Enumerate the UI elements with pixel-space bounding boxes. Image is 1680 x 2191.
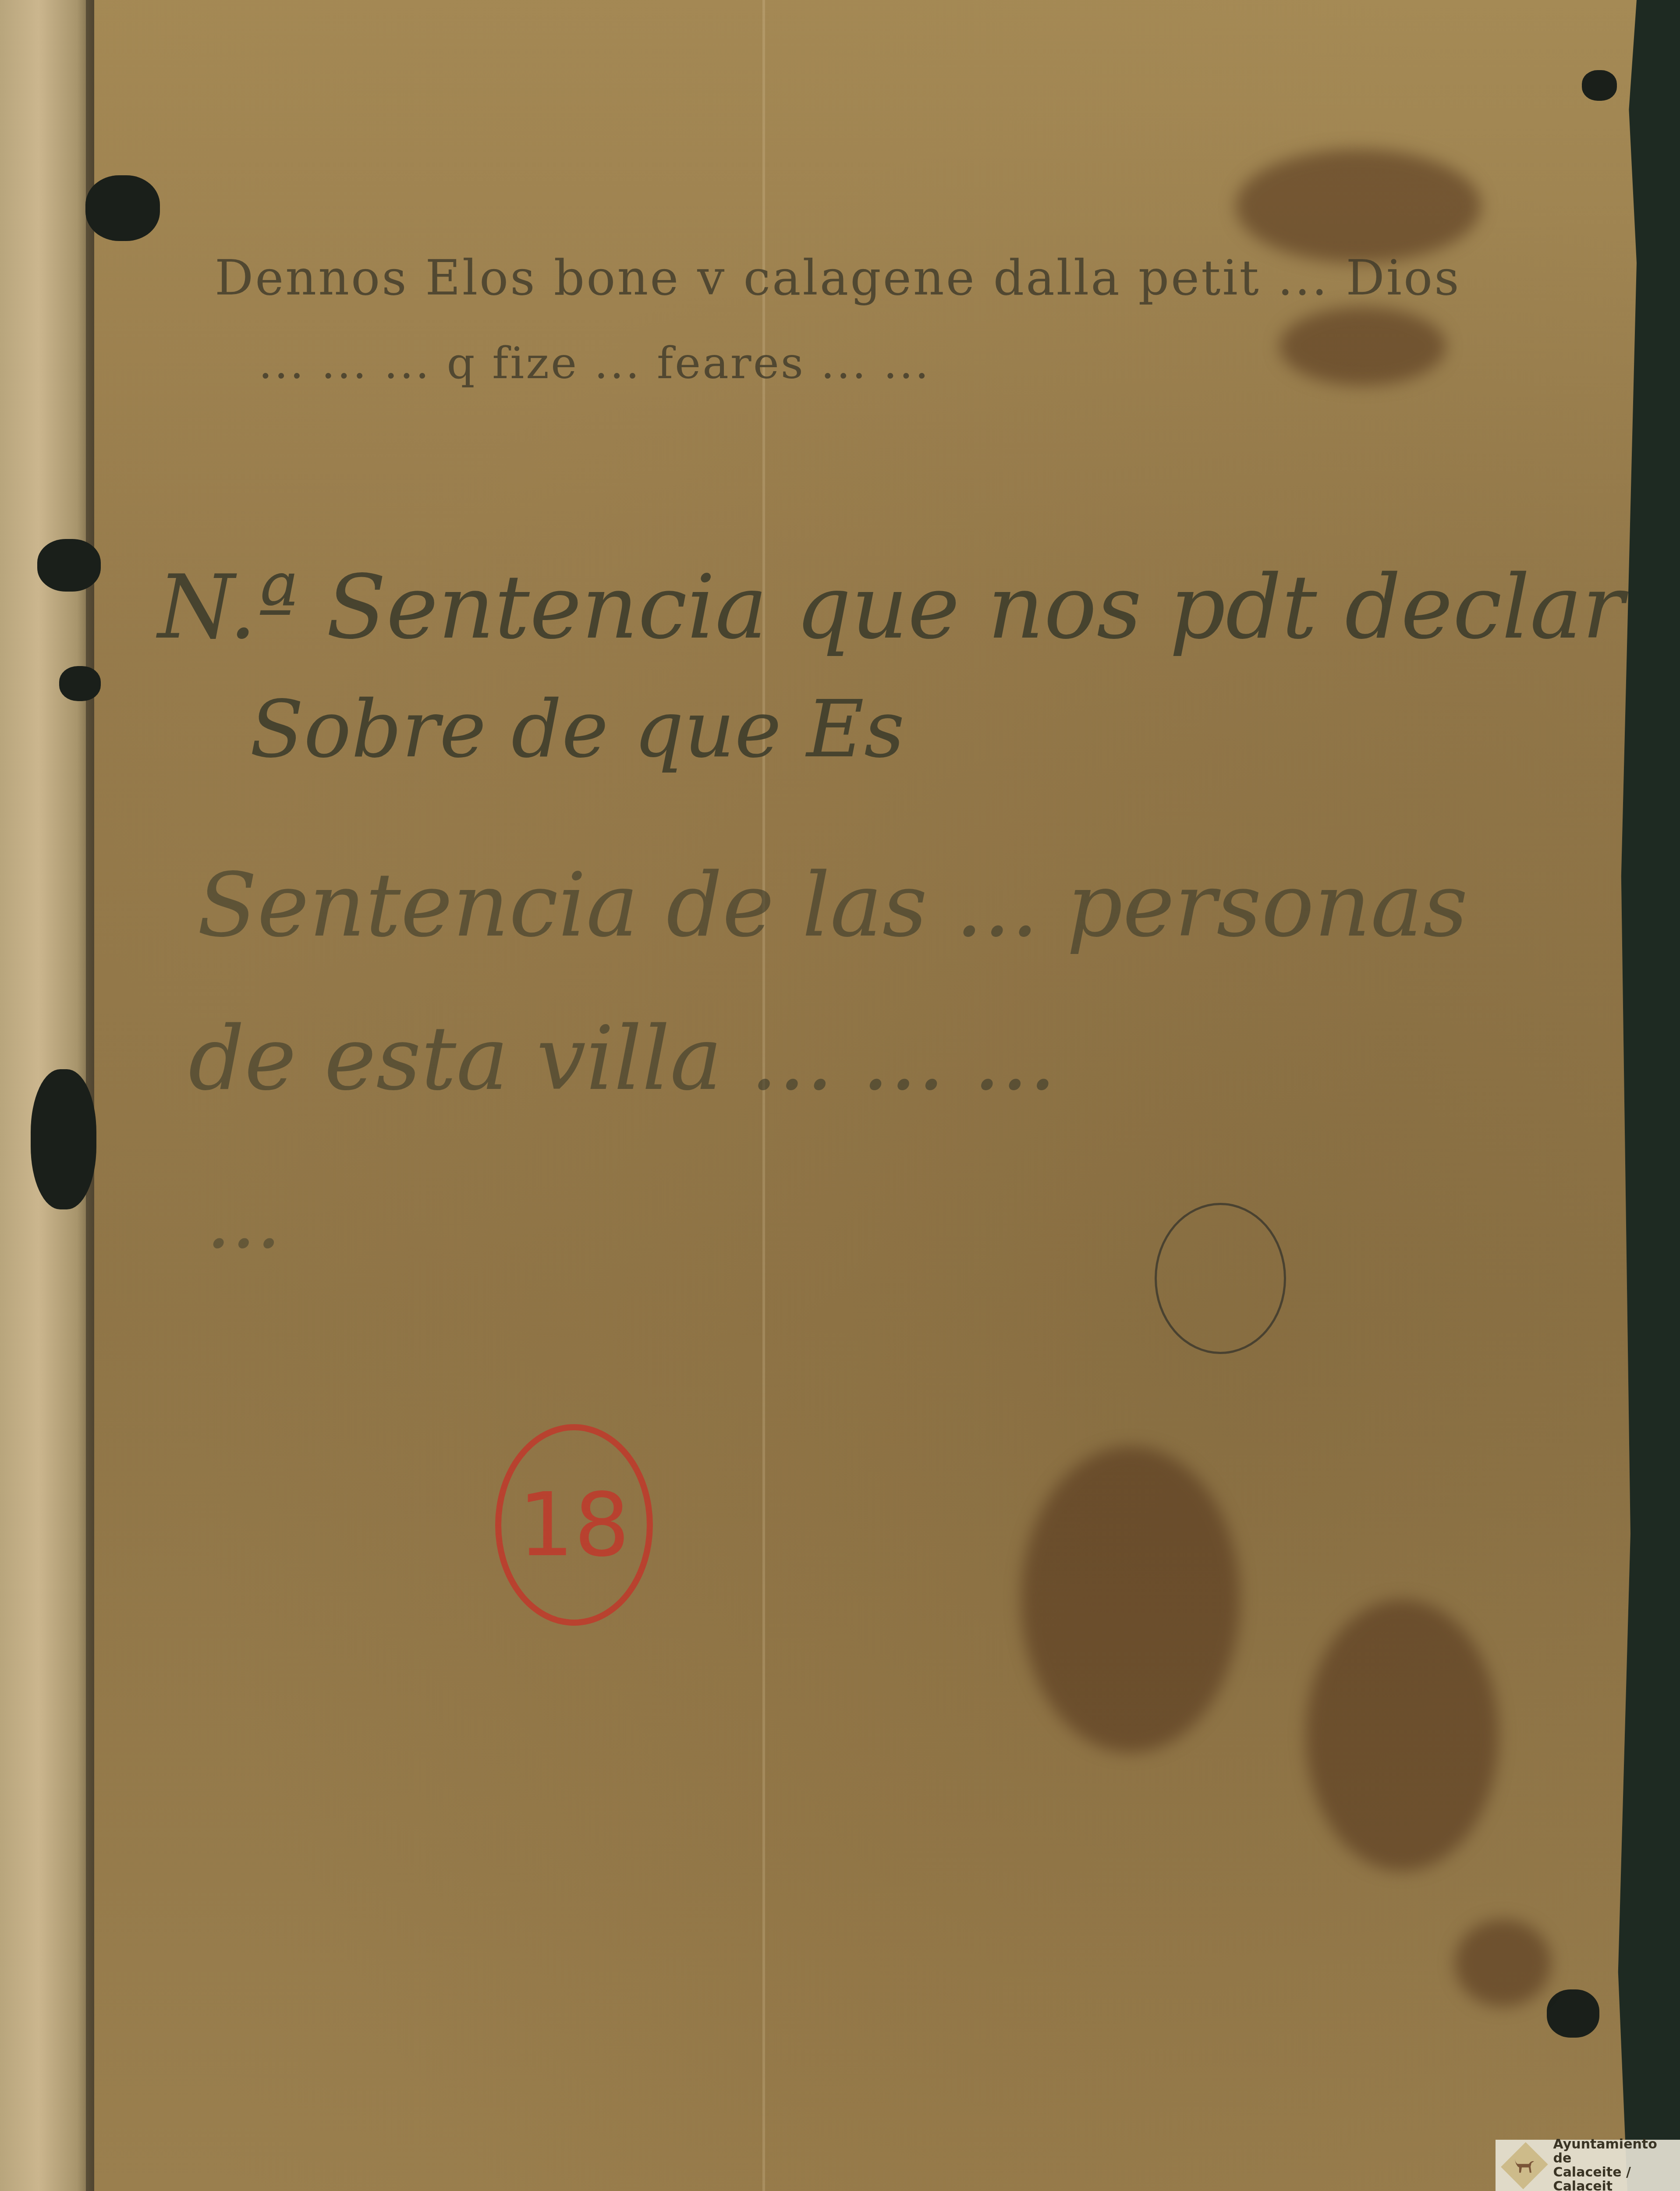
pencil-circle-mark — [1155, 1203, 1286, 1354]
stain — [1279, 307, 1446, 386]
stain — [1236, 149, 1481, 263]
gothic-line-1: Dennos Elos bone v calagene dalla petit … — [215, 250, 1461, 306]
cursive-line-5: ... — [206, 1174, 281, 1266]
edge-tear — [1547, 1989, 1599, 2038]
watermark-line-2: Calaceite / Calaceit — [1553, 2166, 1680, 2191]
cursive-line-1: N.ª Sentencia que nos pdt declar — [158, 557, 1624, 659]
stain — [1306, 1599, 1499, 1871]
binding-hole — [31, 1069, 96, 1209]
stain — [1021, 1446, 1240, 1753]
archive-number-stamp: 18 — [495, 1424, 653, 1626]
binding-hole — [59, 666, 101, 701]
watermark-line-1: Ayuntamiento de — [1553, 2138, 1680, 2166]
cursive-line-3: Sentencia de las ... personas — [197, 854, 1468, 957]
greyhound-diamond-icon — [1501, 2142, 1548, 2189]
gothic-line-2: ... ... ... q fize ... feares ... ... — [259, 337, 930, 389]
cursive-line-2: Sobre de que Es — [250, 684, 904, 775]
binding-hole — [37, 539, 101, 592]
watermark-logo: Ayuntamiento de Calaceite / Calaceit — [1496, 2140, 1680, 2191]
edge-tear — [1582, 70, 1617, 101]
archive-number: 18 — [518, 1474, 630, 1576]
cursive-line-4: de esta villa ... ... ... — [188, 1008, 1056, 1110]
binding-hole — [85, 175, 160, 241]
stain — [1455, 1919, 1551, 2007]
greyhound-icon — [1511, 2152, 1538, 2178]
